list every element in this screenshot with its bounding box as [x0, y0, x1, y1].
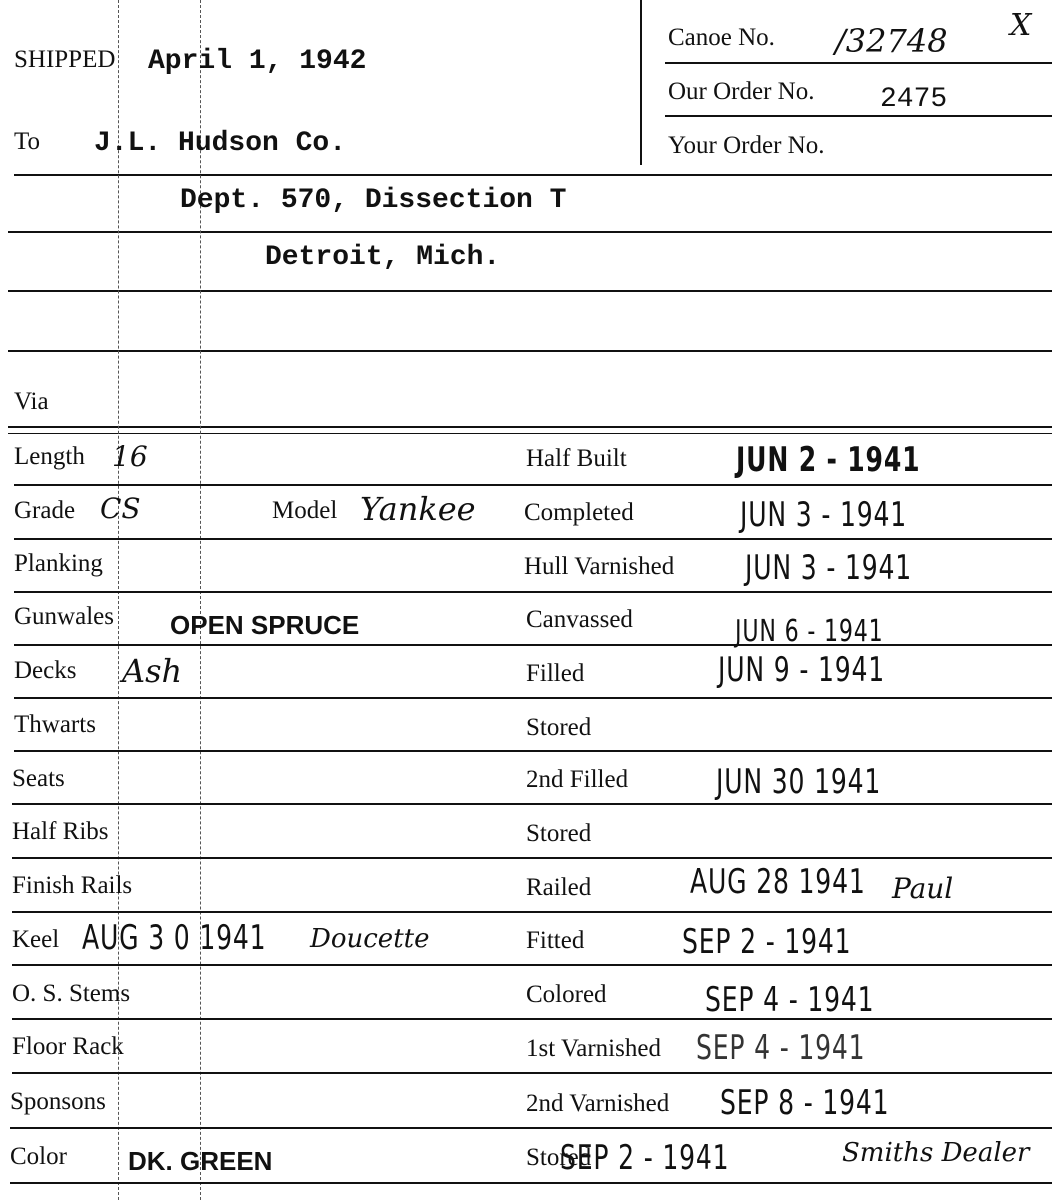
canoe-no-mark: X — [1010, 8, 1031, 43]
hull-varnished-stamp: JUN 3 - 1941 — [745, 548, 912, 588]
gunwales-label: Gunwales — [14, 603, 114, 631]
rule-to — [14, 174, 1052, 176]
row-rule-seats — [12, 803, 1052, 805]
row-rule-decks — [14, 697, 1052, 699]
completed-label: Completed — [524, 499, 634, 527]
rule-address-2 — [8, 290, 1052, 292]
guide-line-1 — [118, 0, 120, 1200]
railed-stamp: AUG 28 1941 — [690, 862, 866, 902]
finish-rails-label: Finish Rails — [12, 872, 132, 900]
thwarts-label: Thwarts — [14, 711, 96, 739]
stored-label-1: Stored — [526, 714, 591, 742]
row-rule-gunwales — [14, 644, 1052, 646]
half-ribs-label: Half Ribs — [12, 818, 109, 846]
to-value: J.L. Hudson Co. — [94, 128, 346, 159]
colored-stamp: SEP 4 - 1941 — [705, 980, 874, 1020]
second-filled-label: 2nd Filled — [526, 766, 628, 794]
railed-signature: Paul — [892, 872, 953, 905]
row-rule-os-stems — [12, 1018, 1052, 1020]
half-built-label: Half Built — [526, 445, 627, 473]
seats-label: Seats — [12, 765, 65, 793]
gunwales-value: OPEN SPRUCE — [170, 610, 359, 641]
to-label: To — [14, 128, 40, 156]
second-filled-stamp: JUN 30 1941 — [716, 762, 881, 802]
fitted-label: Fitted — [526, 927, 584, 955]
color-label: Color — [10, 1143, 67, 1171]
color-value: DK. GREEN — [128, 1146, 272, 1177]
rule-via — [8, 426, 1052, 428]
decks-label: Decks — [14, 657, 76, 685]
order-box-divider — [640, 0, 642, 165]
hull-varnished-label: Hull Varnished — [524, 553, 674, 581]
half-built-stamp: JUN 2 - 1941 — [736, 440, 920, 480]
stored-stamp-3: SEP 2 - 1941 — [560, 1138, 729, 1178]
address-line-1: Dept. 570, Dissection T — [180, 185, 566, 216]
guide-line-2 — [200, 0, 202, 1200]
shipped-label: SHIPPED — [14, 46, 115, 74]
rule-address-1 — [8, 231, 1052, 233]
your-order-label: Your Order No. — [668, 132, 824, 160]
our-order-value: 2475 — [880, 84, 947, 115]
canoe-no-value: /32748 — [835, 22, 948, 60]
keel-signature: Doucette — [310, 924, 429, 954]
os-stems-label: O. S. Stems — [12, 980, 130, 1008]
row-rule-sponsons — [10, 1127, 1052, 1129]
via-label: Via — [14, 388, 49, 416]
row-rule-floor-rack — [12, 1072, 1052, 1074]
row-rule-half-ribs — [12, 857, 1052, 859]
shipped-date: April 1, 1942 — [148, 46, 366, 77]
row-rule-finish-rails — [12, 911, 1052, 913]
our-order-label: Our Order No. — [668, 78, 814, 106]
second-varnished-stamp: SEP 8 - 1941 — [720, 1083, 889, 1123]
rule-address-3 — [8, 350, 1052, 352]
canoe-no-underline — [665, 62, 1052, 64]
railed-label: Railed — [526, 874, 591, 902]
keel-label: Keel — [12, 926, 59, 954]
filled-stamp: JUN 9 - 1941 — [718, 650, 885, 690]
model-value: Yankee — [360, 490, 476, 528]
first-varnished-stamp: SEP 4 - 1941 — [696, 1028, 865, 1068]
canvassed-label: Canvassed — [526, 606, 633, 634]
stored-label-2: Stored — [526, 820, 591, 848]
canoe-no-label: Canoe No. — [668, 24, 775, 52]
rule-via-2 — [8, 433, 1052, 434]
first-varnished-label: 1st Varnished — [526, 1035, 661, 1063]
length-value: 16 — [112, 440, 148, 473]
stored-signature-3: Smiths Dealer — [842, 1138, 1029, 1168]
row-rule-thwarts — [14, 750, 1052, 752]
keel-date-stamp: AUG 3 0 1941 — [82, 918, 266, 958]
completed-stamp: JUN 3 - 1941 — [740, 495, 907, 535]
fitted-stamp: SEP 2 - 1941 — [682, 922, 851, 962]
model-label: Model — [272, 497, 337, 525]
floor-rack-label: Floor Rack — [12, 1033, 124, 1061]
address-line-2: Detroit, Mich. — [265, 242, 500, 273]
row-rule-keel — [12, 964, 1052, 966]
our-order-underline — [665, 115, 1052, 117]
length-label: Length — [14, 443, 85, 471]
planking-label: Planking — [14, 550, 103, 578]
colored-label: Colored — [526, 981, 607, 1009]
row-rule-grade — [14, 538, 1052, 540]
grade-value: CS — [100, 492, 141, 525]
decks-value: Ash — [122, 652, 182, 690]
row-rule-color — [10, 1182, 1052, 1184]
second-varnished-label: 2nd Varnished — [526, 1090, 669, 1118]
sponsons-label: Sponsons — [10, 1088, 106, 1116]
grade-label: Grade — [14, 497, 75, 525]
row-rule-length — [14, 484, 1052, 486]
filled-label: Filled — [526, 660, 584, 688]
row-rule-planking — [14, 591, 1052, 593]
